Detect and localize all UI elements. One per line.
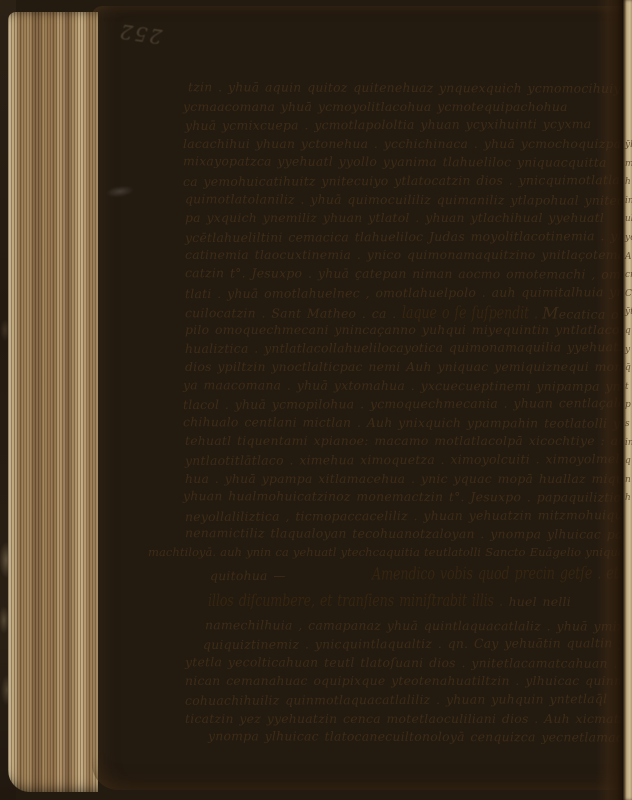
text-segment: pilo omoquechmecani ynincaçanno yuhqui m… (185, 322, 626, 337)
text-segment: tehuatl tiquentami xpianoe: macamo motla… (185, 433, 626, 448)
facing-page-text-fragment: q (625, 326, 631, 336)
manuscript-line-31: ytetla yecolticahuan teutl tlatoſuani di… (185, 654, 626, 671)
text-segment: chihualo centlani mictlan . Auh ynixquic… (183, 414, 626, 431)
manuscript-line-24: neyollaliliztica , ticmopaccaceliliz . y… (185, 507, 626, 524)
text-segment: ycmaacomana yhuā ycmoyolitlacohua ycmote… (183, 99, 568, 114)
facing-page-text-fragment: ȳt (625, 307, 632, 317)
book-photo: { "colors": { "background": "#231a10", "… (0, 0, 632, 800)
text-segment: yhuan hualmohuicatzinoz monemactzin t°. … (183, 488, 626, 505)
facing-page-text-fragment: cm (625, 270, 632, 280)
manuscript-line-25: nenamictiliz tlaqualoyan tecohuanotzaloy… (185, 526, 626, 543)
text-segment: nenamictiliz tlaqualoyan tecohuanotzaloy… (185, 526, 626, 543)
facing-page-text-fragment: h (625, 177, 631, 187)
text-segment: neyollaliliztica , ticmopaccaceliliz . y… (185, 507, 626, 524)
manuscript-line-14: pilo omoquechmecani ynincaçanno yuhqui m… (185, 322, 626, 337)
manuscript-line-5: mixayopatzca yyehuatl yyollo yyanima tla… (183, 154, 607, 170)
manuscript-line-6: ca yemohuicatihuitz ynitecuiyo ytlatocat… (183, 172, 626, 189)
facing-page-text-fragment: yc (625, 233, 632, 243)
facing-page-text-fragment: p (625, 400, 631, 410)
manuscript-line-30: quiquiztinemiz . ynicquintlaqualtiz . qn… (203, 635, 626, 652)
facing-page-text-fragment: ul (625, 214, 632, 224)
manuscript-line-12: tlati . yhuā omotlahuelnec , omotlahuelp… (185, 283, 626, 300)
text-segment: illos diſcumbere, et tranſiens miniſtrab… (208, 591, 508, 611)
manuscript-line-7: quimotlatolaniliz . yhuā quimocuililiz q… (185, 191, 626, 208)
manuscript-line-23: yhuan hualmohuicatzinoz monemactzin t°. … (183, 488, 626, 505)
manuscript-line-17: ya maacomana . yhuā yxtomahua . yxcuecue… (183, 377, 626, 394)
text-segment: yhuā ycmixcuepa . ycmotlapololtia yhuan … (185, 116, 591, 133)
text-segment: huel nelli (503, 594, 571, 609)
facing-page-text-fragment: Ca (625, 289, 632, 299)
manuscript-line-19: chihualo centlani mictlan . Auh ynixquic… (183, 414, 626, 431)
text-segment: catzin t°. Jesuxpo . yhuā çatepan niman … (185, 265, 626, 282)
facing-page-text-fragment: in (625, 438, 632, 448)
text-segment: namechilhuia , camapanaz yhuā quintlaqua… (205, 617, 626, 634)
manuscript-line-4: lacachihui yhuan yctonehua . ycchichinac… (183, 136, 626, 151)
manuscript-line-1: tzin . yhuā aquin quitoz quitenehuaz ynq… (188, 79, 626, 96)
manuscript-line-13: cuilocatzin . Sant Matheo . ca . laque o… (185, 302, 626, 324)
text-segment: ytetla yecolticahuan teutl tlatoſuani di… (185, 654, 626, 671)
text-segment: cohuachihuiliz quinmotlaquacatlaliliz . … (185, 691, 607, 708)
manuscript-line-26: machtiloyā. auh ynin ca yehuatl ytechcaq… (148, 545, 626, 559)
manuscript-line-34: ticatzin yez yyehuatzin cenca motetlaocu… (185, 711, 626, 726)
manuscript-line-18: tlacol . yhuā ycmopilohua . ycmoquechmec… (183, 395, 626, 412)
text-segment: tzin . yhuā aquin quitoz quitenehuaz ynq… (188, 79, 626, 96)
text-segment: quiquiztinemiz . ynicquintlaqualtiz . qn… (203, 635, 626, 652)
facing-page-text-fragment: A (625, 252, 632, 262)
text-segment: ca yemohuicatihuitz ynitecuiyo ytlatocat… (183, 172, 626, 189)
facing-page-text-fragment: h (625, 493, 631, 503)
manuscript-line-15: hualiztica . yntlatlacollahuelilocayotic… (185, 339, 626, 356)
text-segment: nican cemanahuac oquipixque yteotenahuat… (185, 673, 626, 688)
manuscript-line-11: catzin t°. Jesuxpo . yhuā çatepan niman … (185, 265, 626, 282)
text-segment: quimotlatolaniliz . yhuā quimocuililiz q… (185, 191, 626, 208)
text-segment: quitohua — (210, 567, 292, 582)
manuscript-line-2: ycmaacomana yhuā ycmoyolitlacohua ycmote… (183, 99, 568, 114)
facing-page-text-fragment: t (625, 382, 629, 392)
text-segment: ycētlahueliltini cemacica tlahueliloc Ju… (185, 228, 626, 245)
text-segment: M (542, 304, 559, 323)
text-segment: hua . yhuā ypampa xitlamacehua . ynic yq… (185, 471, 626, 486)
manuscript-line-22: hua . yhuā ypampa xitlamacehua . ynic yq… (185, 471, 626, 486)
facing-page-text-fragment: m (625, 159, 632, 169)
text-segment: Amendico vobis quod precin getſe . et fa… (372, 563, 626, 584)
manuscript-line-3: yhuā ycmixcuepa . ycmotlapololtia yhuan … (185, 116, 591, 133)
text-segment: mixayopatzca yyehuatl yyollo yyanima tla… (183, 154, 607, 170)
manuscript-line-33: cohuachihuiliz quinmotlaquacatlaliliz . … (185, 691, 607, 708)
stacked-page-edges (8, 12, 98, 792)
text-segment: catinemia tlaocuxtinemia . ynico quimona… (185, 247, 626, 262)
manuscript-line-8: pa yxquich ynemiliz yhuan ytlatol . yhua… (185, 210, 604, 225)
facing-page-text-fragment: in (625, 196, 632, 206)
facing-page-text-fragment: q (625, 456, 631, 466)
manuscript-text-block: tzin . yhuā aquin quitoz quitenehuaz ynq… (92, 6, 626, 790)
manuscript-line-29: namechilhuia , camapanaz yhuā quintlaqua… (205, 617, 626, 634)
facing-page-text-fragment: s (625, 419, 630, 429)
facing-page-sliver: ȳbmhinulycAcmCaȳtqyq̄tpsinqnh (622, 0, 632, 800)
facing-page-text-fragment: y (625, 345, 630, 355)
text-segment: laque o ſe ſuſpendit . (402, 303, 543, 323)
manuscript-line-28: illos diſcumbere, et tranſiens miniſtrab… (208, 591, 571, 611)
text-segment: tlati . yhuā omotlahuelnec , omotlahuelp… (185, 283, 626, 300)
text-segment: pa yxquich ynemiliz yhuan ytlatol . yhua… (185, 210, 604, 225)
text-segment: dios ypiltzin ynoctlalticpac nemi Auh yn… (185, 359, 626, 374)
manuscript-line-9: ycētlahueliltini cemacica tlahueliloc Ju… (185, 228, 626, 245)
manuscript-line-27: quitohua — Amendico vobis quod precin ge… (210, 562, 626, 584)
manuscript-line-21: yntlaotitlātlaco . ximehua ximoquetza . … (185, 451, 626, 468)
text-segment: ticatzin yez yyehuatzin cenca motetlaocu… (185, 711, 626, 726)
manuscript-line-32: nican cemanahuac oquipixque yteotenahuat… (185, 673, 626, 688)
text-segment: tlacol . yhuā ycmopilohua . ycmoquechmec… (183, 395, 626, 412)
facing-page-text-fragment: ȳb (625, 140, 632, 150)
book-gutter-shadow (596, 0, 622, 800)
text-segment: cuilocatzin . Sant Matheo . ca . (185, 305, 402, 321)
facing-page-text-fragment: n (625, 475, 631, 485)
facing-page-text-fragment: q̄ (625, 363, 631, 373)
text-segment: ya maacomana . yhuā yxtomahua . yxcuecue… (183, 377, 626, 394)
text-segment: machtiloyā. auh ynin ca yehuatl ytechcaq… (148, 545, 626, 559)
text-segment: hualiztica . yntlatlacollahuelilocayotic… (185, 339, 626, 356)
manuscript-line-20: tehuatl tiquentami xpianoe: macamo motla… (185, 433, 626, 448)
manuscript-line-35: ynompa ylhuicac tlatocanecuiltonoloyā ce… (208, 728, 626, 745)
text-segment: yntlaotitlātlaco . ximehua ximoquetza . … (185, 451, 626, 468)
text-segment: lacachihui yhuan yctonehua . ycchichinac… (183, 136, 626, 151)
manuscript-page: 252 tzin . yhuā aquin quitoz quitenehuaz… (92, 6, 626, 790)
text-segment: ynompa ylhuicac tlatocanecuiltonoloyā ce… (208, 728, 626, 745)
manuscript-line-16: dios ypiltzin ynoctlalticpac nemi Auh yn… (185, 359, 626, 374)
manuscript-line-10: catinemia tlaocuxtinemia . ynico quimona… (185, 247, 626, 262)
